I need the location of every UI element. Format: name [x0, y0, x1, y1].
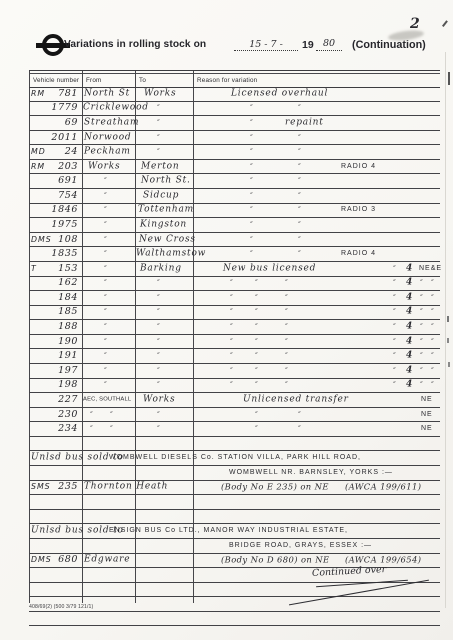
to-text: New Cross — [139, 234, 196, 244]
reason-text: ″ — [250, 205, 253, 214]
table-row: T153″BarkingNew bus licensed″4NE&E — [29, 262, 440, 277]
table-row: RM203WorksMerton″″RADIO 4 — [29, 160, 440, 175]
vehicle-number: 24 — [29, 146, 78, 157]
vehicle-number: 1846 — [29, 204, 78, 215]
to-text: ″ — [157, 278, 160, 287]
reason-text: repaint — [285, 117, 324, 127]
from-text: Edgware — [84, 555, 130, 565]
table-row: 230″″″″″NE — [29, 408, 440, 423]
table-row — [29, 495, 440, 510]
date-field: 15 - 7 - — [234, 34, 298, 51]
reason-text: ″ — [250, 103, 253, 112]
reason-text: ″ — [230, 322, 233, 331]
reason-text: (AWCA 199/611) — [345, 482, 421, 492]
reason-text: ″ — [420, 366, 423, 375]
vehicle-number: 188 — [29, 321, 78, 332]
reason-text: ″ — [255, 337, 258, 346]
reason-text: ″ — [230, 366, 233, 375]
reason-text: ″ — [255, 293, 258, 302]
to-text: ″ — [157, 147, 160, 156]
to-text: ″ — [157, 424, 160, 433]
vehicle-number: 184 — [29, 292, 78, 303]
to-text: ″ — [157, 366, 160, 375]
table-row: 691″North St.″″ — [29, 174, 440, 189]
vehicle-number: 781 — [29, 88, 78, 99]
reason-text: ″ — [393, 337, 396, 346]
to-text: Barking — [140, 263, 182, 273]
header-vehicle-number: Vehicle number — [33, 77, 79, 84]
table-text-row: BRIDGE ROAD, GRAYS, ESSEX :— — [29, 539, 440, 554]
reason-text: ″ — [393, 380, 396, 389]
reason-text: ″ — [298, 220, 301, 229]
from-text: ″ — [104, 235, 107, 244]
reason-text: ″ — [393, 293, 396, 302]
reason-text: ″ — [230, 278, 233, 287]
to-text: Walthamstow — [136, 249, 206, 259]
table-row: MD24Peckham″″″ — [29, 145, 440, 160]
vehicle-number: 234 — [29, 423, 78, 434]
reason-text: ″ — [250, 118, 253, 127]
vehicle-number: 191 — [29, 350, 78, 361]
vehicle-number: 1975 — [29, 219, 78, 230]
reason-text: ″ — [420, 351, 423, 360]
from-text: AEC, SOUTHALL — [83, 397, 131, 403]
reason-text: ″ — [230, 380, 233, 389]
table-text-row: Unlsd bus sold toENSIGN BUS Co LTD., MAN… — [29, 524, 440, 539]
handwritten-date: 15 - 7 - — [249, 39, 283, 50]
reason-text: ″ — [255, 351, 258, 360]
year-prefix-label: 19 — [302, 39, 314, 51]
vehicle-number: 1779 — [29, 102, 78, 113]
continuation-label: (Continuation) — [352, 39, 426, 51]
reason-text: 4 — [406, 365, 412, 375]
reason-text: ″ — [431, 308, 434, 317]
header-reason: Reason for variation — [197, 77, 257, 84]
reason-text: NE — [421, 411, 433, 418]
vehicle-number: 108 — [29, 234, 78, 245]
from-text: Norwood — [84, 132, 132, 142]
table-row: SMS235Thornton Heath(Body No E 235) on N… — [29, 481, 440, 496]
reason-text: ″ — [298, 410, 301, 419]
reason-text: ″ — [298, 176, 301, 185]
reason-text: 4 — [406, 278, 412, 288]
handwritten-year: 80 — [323, 38, 335, 49]
to-text: ″ — [157, 410, 160, 419]
note-text: WOMBWELL DIESELS Co. STATION VILLA, PARK… — [109, 454, 361, 461]
to-text: ″ — [157, 103, 160, 112]
reason-text: ″ — [285, 380, 288, 389]
to-text: ″ — [157, 380, 160, 389]
reason-text: ″ — [250, 235, 253, 244]
to-text: Merton — [141, 161, 179, 171]
to-text: Works — [143, 394, 175, 404]
from-text: ″ — [110, 424, 113, 433]
table-row: 162″″″″″″4″″ — [29, 277, 440, 292]
from-text: ″ — [110, 410, 113, 419]
table-row: 69Streatham″″repaint — [29, 116, 440, 131]
scan-mark — [447, 338, 449, 343]
reason-text: ″ — [250, 220, 253, 229]
table-body: RM781North StWorksLicensed overhaul1779C… — [29, 87, 440, 640]
table-row: 754″Sidcup″″ — [29, 189, 440, 204]
vehicle-number: 162 — [29, 277, 78, 288]
reason-text: ″ — [431, 337, 434, 346]
vehicle-number: 190 — [29, 336, 78, 347]
reason-text: NE — [421, 425, 433, 432]
reason-text: Licensed overhaul — [231, 88, 328, 98]
vehicle-number: 198 — [29, 379, 78, 390]
to-text: Sidcup — [143, 190, 179, 200]
reason-text: ″ — [255, 366, 258, 375]
reason-text: ″ — [285, 278, 288, 287]
reason-text: NE&E — [419, 265, 442, 272]
reason-text: ″ — [393, 308, 396, 317]
table-row: 1846″Tottenham″″RADIO 3 — [29, 204, 440, 219]
from-text: ″ — [90, 424, 93, 433]
reason-text: 4 — [406, 263, 412, 273]
table-row: 184″″″″″″4″″ — [29, 291, 440, 306]
reason-text: ″ — [285, 293, 288, 302]
reason-text: ″ — [285, 308, 288, 317]
reason-text: ″ — [420, 380, 423, 389]
reason-text: ″ — [250, 249, 253, 258]
reason-text: ″ — [230, 308, 233, 317]
from-text: North St — [84, 88, 130, 98]
reason-text: ″ — [431, 293, 434, 302]
reason-text: ″ — [255, 278, 258, 287]
reason-text: ″ — [393, 366, 396, 375]
to-text: Works — [144, 88, 176, 98]
from-text: ″ — [104, 249, 107, 258]
vehicle-number: 69 — [29, 117, 78, 128]
from-text: Peckham — [84, 147, 131, 157]
table-row: 1835″Walthamstow″″RADIO 4 — [29, 247, 440, 262]
table-row — [29, 626, 440, 640]
from-text: ″ — [104, 380, 107, 389]
reason-text: ″ — [285, 337, 288, 346]
scan-mark — [442, 20, 447, 26]
note-text: ENSIGN BUS Co LTD., MANOR WAY INDUSTRIAL… — [109, 527, 348, 534]
reason-text: ″ — [420, 337, 423, 346]
vehicle-number: 230 — [29, 408, 78, 419]
page-title: Variations in rolling stock on — [64, 39, 206, 50]
reason-text: RADIO 4 — [341, 163, 376, 170]
scan-mark — [448, 362, 450, 367]
to-text: North St. — [141, 176, 191, 186]
reason-text: New bus licensed — [223, 263, 316, 273]
table-row: 190″″″″″″4″″ — [29, 335, 440, 350]
to-text: ″ — [157, 293, 160, 302]
header-to: To — [139, 77, 146, 84]
reason-text: ″ — [250, 162, 253, 171]
reason-text: ″ — [255, 424, 258, 433]
scanned-form-page: Variations in rolling stock on 15 - 7 - … — [0, 0, 453, 640]
vehicle-number: 2011 — [29, 131, 78, 142]
reason-text: (Body No D 680) on NE — [221, 555, 329, 565]
reason-text: ″ — [250, 191, 253, 200]
reason-text: 4 — [406, 380, 412, 390]
reason-text: ″ — [420, 278, 423, 287]
note-text: WOMBWELL NR. BARNSLEY, YORKS :— — [229, 469, 393, 476]
table-row: 198″″″″″″4″″ — [29, 379, 440, 394]
from-text: Thornton Heath — [84, 482, 168, 492]
reason-text: ″ — [420, 293, 423, 302]
reason-text: ″ — [298, 133, 301, 142]
table-row: 197″″″″″″4″″ — [29, 364, 440, 379]
vehicle-number: 185 — [29, 306, 78, 317]
from-text: ″ — [104, 366, 107, 375]
reason-text: ″ — [431, 278, 434, 287]
from-text: ″ — [104, 293, 107, 302]
from-text: ″ — [104, 176, 107, 185]
reason-text: ″ — [255, 308, 258, 317]
reason-text: ″ — [285, 366, 288, 375]
from-text: ″ — [104, 337, 107, 346]
scan-mark — [448, 72, 450, 85]
from-text: ″ — [104, 351, 107, 360]
reason-text: ″ — [298, 191, 301, 200]
from-text: ″ — [104, 322, 107, 331]
table-row: 2011Norwood″″″ — [29, 131, 440, 146]
form-reference-code: 408/69(2) (500 3/79 121/1) — [29, 604, 93, 610]
reason-text: ″ — [285, 351, 288, 360]
from-text: ″ — [104, 205, 107, 214]
to-text: ″ — [157, 337, 160, 346]
reason-text: RADIO 4 — [341, 250, 376, 257]
vehicle-number: 1835 — [29, 248, 78, 259]
to-text: Kingston — [140, 219, 187, 229]
to-text: ″ — [157, 351, 160, 360]
header-from: From — [86, 77, 102, 84]
reason-text: ″ — [420, 308, 423, 317]
reason-text: ″ — [393, 351, 396, 360]
table-row: DMS108″New Cross″″ — [29, 233, 440, 248]
reason-text: RADIO 3 — [341, 207, 376, 214]
reason-text: ″ — [298, 205, 301, 214]
vehicle-number: 197 — [29, 365, 78, 376]
scan-edge-line — [445, 52, 446, 608]
reason-text: ″ — [298, 162, 301, 171]
scan-mark — [447, 316, 449, 322]
reason-text: ″ — [298, 103, 301, 112]
reason-text: ″ — [285, 322, 288, 331]
table-row: RM781North StWorksLicensed overhaul — [29, 87, 440, 102]
table-row — [29, 510, 440, 525]
reason-text: ″ — [255, 410, 258, 419]
handwritten-page-number: 2 — [410, 16, 420, 32]
note-text: BRIDGE ROAD, GRAYS, ESSEX :— — [229, 542, 372, 549]
reason-text: ″ — [298, 424, 301, 433]
reason-text: NE — [421, 396, 433, 403]
to-text: ″ — [157, 118, 160, 127]
reason-text: ″ — [255, 322, 258, 331]
reason-text: 4 — [406, 322, 412, 332]
from-text: Works — [88, 161, 120, 171]
reason-text: ″ — [420, 322, 423, 331]
from-text: ″ — [104, 278, 107, 287]
table-row — [29, 437, 440, 452]
table-row: 1975″Kingston″″ — [29, 218, 440, 233]
variations-table: Vehicle number From To Reason for variat… — [29, 70, 440, 603]
table-header-row: Vehicle number From To Reason for variat… — [29, 74, 440, 88]
reason-text: 4 — [406, 336, 412, 346]
from-text: ″ — [104, 191, 107, 200]
from-text: ″ — [104, 264, 107, 273]
table-row: 234″″″″″NE — [29, 422, 440, 437]
table-row: 1779Cricklewood″″″ — [29, 102, 440, 117]
reason-text: ″ — [250, 147, 253, 156]
table-text-row: WOMBWELL NR. BARNSLEY, YORKS :— — [29, 466, 440, 481]
vehicle-number: 203 — [29, 161, 78, 172]
reason-text: ″ — [298, 235, 301, 244]
vehicle-number: 691 — [29, 175, 78, 186]
reason-text: ″ — [393, 278, 396, 287]
table-text-row: Unlsd bus sold toWOMBWELL DIESELS Co. ST… — [29, 451, 440, 466]
from-text: Streatham — [84, 117, 139, 127]
to-text: Tottenham — [138, 205, 194, 215]
vehicle-number: 153 — [29, 263, 78, 274]
reason-text: 4 — [406, 351, 412, 361]
reason-text: Unlicensed transfer — [243, 394, 349, 404]
reason-text: ″ — [255, 380, 258, 389]
to-text: ″ — [157, 133, 160, 142]
table-row: 188″″″″″″4″″ — [29, 320, 440, 335]
reason-text: ″ — [431, 351, 434, 360]
reason-text: ″ — [230, 293, 233, 302]
vehicle-number: 235 — [29, 481, 78, 492]
vehicle-number: 227 — [29, 394, 78, 405]
table-row — [29, 612, 440, 627]
to-text: ″ — [157, 308, 160, 317]
from-text: ″ — [104, 220, 107, 229]
reason-text: ″ — [298, 249, 301, 258]
reason-text: ″ — [431, 366, 434, 375]
reason-text: (Body No E 235) on NE — [221, 482, 329, 492]
reason-text: ″ — [230, 337, 233, 346]
table-row: 227AEC, SOUTHALLWorksUnlicensed transfer… — [29, 393, 440, 408]
reason-text: ″ — [393, 322, 396, 331]
vehicle-number: 754 — [29, 190, 78, 201]
vehicle-number: 680 — [29, 554, 78, 565]
reason-text: 4 — [406, 292, 412, 302]
to-text: ″ — [157, 322, 160, 331]
from-text: Cricklewood — [83, 103, 149, 113]
reason-text: ″ — [431, 380, 434, 389]
year-field: 80 — [316, 33, 342, 51]
from-text: ″ — [104, 308, 107, 317]
reason-text: ″ — [250, 133, 253, 142]
from-text: ″ — [90, 410, 93, 419]
reason-text: ″ — [230, 351, 233, 360]
table-row: 185″″″″″″4″″ — [29, 306, 440, 321]
reason-text: ″ — [298, 147, 301, 156]
reason-text: 4 — [406, 307, 412, 317]
table-row: 191″″″″″″4″″ — [29, 349, 440, 364]
reason-text: ″ — [250, 176, 253, 185]
reason-text: ″ — [393, 264, 396, 273]
reason-text: ″ — [431, 322, 434, 331]
